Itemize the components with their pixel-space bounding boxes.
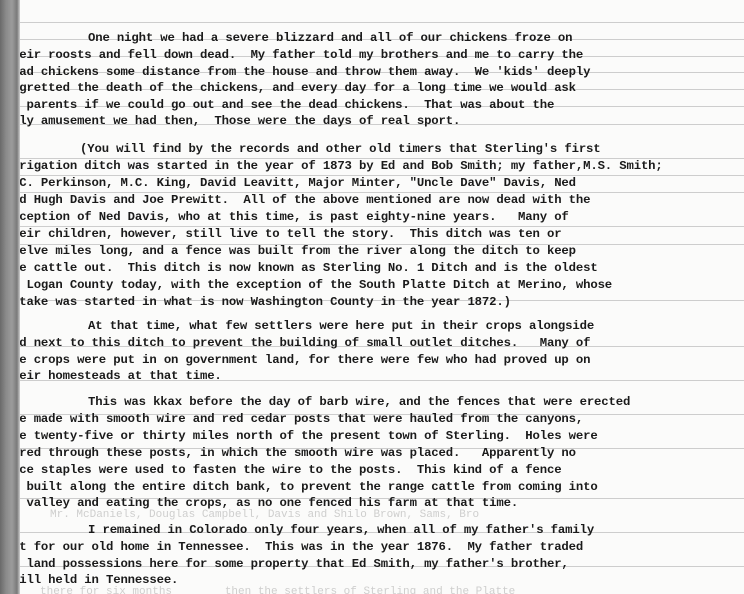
text-line: ead chickens some distance from the hous… — [12, 64, 590, 80]
text-line: s built along the entire ditch bank, to … — [12, 479, 598, 495]
text-line: me twenty-five or thirty miles north of … — [12, 428, 598, 444]
text-line: nd next to this ditch to prevent the bui… — [12, 335, 590, 351]
text-line: r parents if we could go out and see the… — [12, 97, 554, 113]
text-line: (You will find by the records and other … — [80, 141, 601, 157]
text-line: nd Hugh Davis and Joe Prewitt. All of th… — [12, 192, 590, 208]
text-line: s land possessions here for some propert… — [12, 556, 569, 572]
text-line: nly amusement we had then, Those were th… — [12, 113, 460, 129]
text-line: At that time, what few settlers were her… — [88, 318, 594, 334]
text-line: ntake was started in what is now Washing… — [12, 294, 511, 310]
text-line: re made with smooth wire and red cedar p… — [12, 411, 583, 427]
text-line: welve miles long, and a fence was built … — [12, 243, 576, 259]
text-line: heir roosts and fell down dead. My fathe… — [12, 47, 583, 63]
bleed-through-text: there for six months then the settlers o… — [40, 585, 515, 594]
scanned-typewritten-page: One night we had a severe blizzard and a… — [0, 0, 744, 594]
binding-shadow — [0, 0, 20, 594]
text-line: he crops were put in on government land,… — [12, 352, 590, 368]
bleed-through-text: Mr. McDaniels, Douglas Campbell, Davis a… — [50, 508, 479, 522]
text-line: nce staples were used to fasten the wire… — [12, 462, 561, 478]
text-line: rrigation ditch was started in the year … — [12, 158, 663, 174]
text-line: ored through these posts, in which the s… — [12, 445, 576, 461]
text-line: heir children, however, still live to te… — [12, 226, 561, 242]
text-line: heir homesteads at that time. — [12, 368, 222, 384]
text-line: ft for our old home in Tennessee. This w… — [12, 539, 583, 555]
text-line: This was kkax before the day of barb wir… — [88, 394, 630, 410]
text-line: .C. Perkinson, M.C. King, David Leavitt,… — [12, 175, 576, 191]
text-line: egretted the death of the chickens, and … — [12, 80, 576, 96]
ruled-line — [0, 22, 744, 23]
text-line: xception of Ned Davis, who at this time,… — [12, 209, 569, 225]
text-line: he cattle out. This ditch is now known a… — [12, 260, 598, 276]
text-line: I remained in Colorado only four years, … — [88, 522, 594, 538]
text-line: One night we had a severe blizzard and a… — [88, 30, 572, 46]
text-line: n Logan County today, with the exception… — [12, 277, 612, 293]
